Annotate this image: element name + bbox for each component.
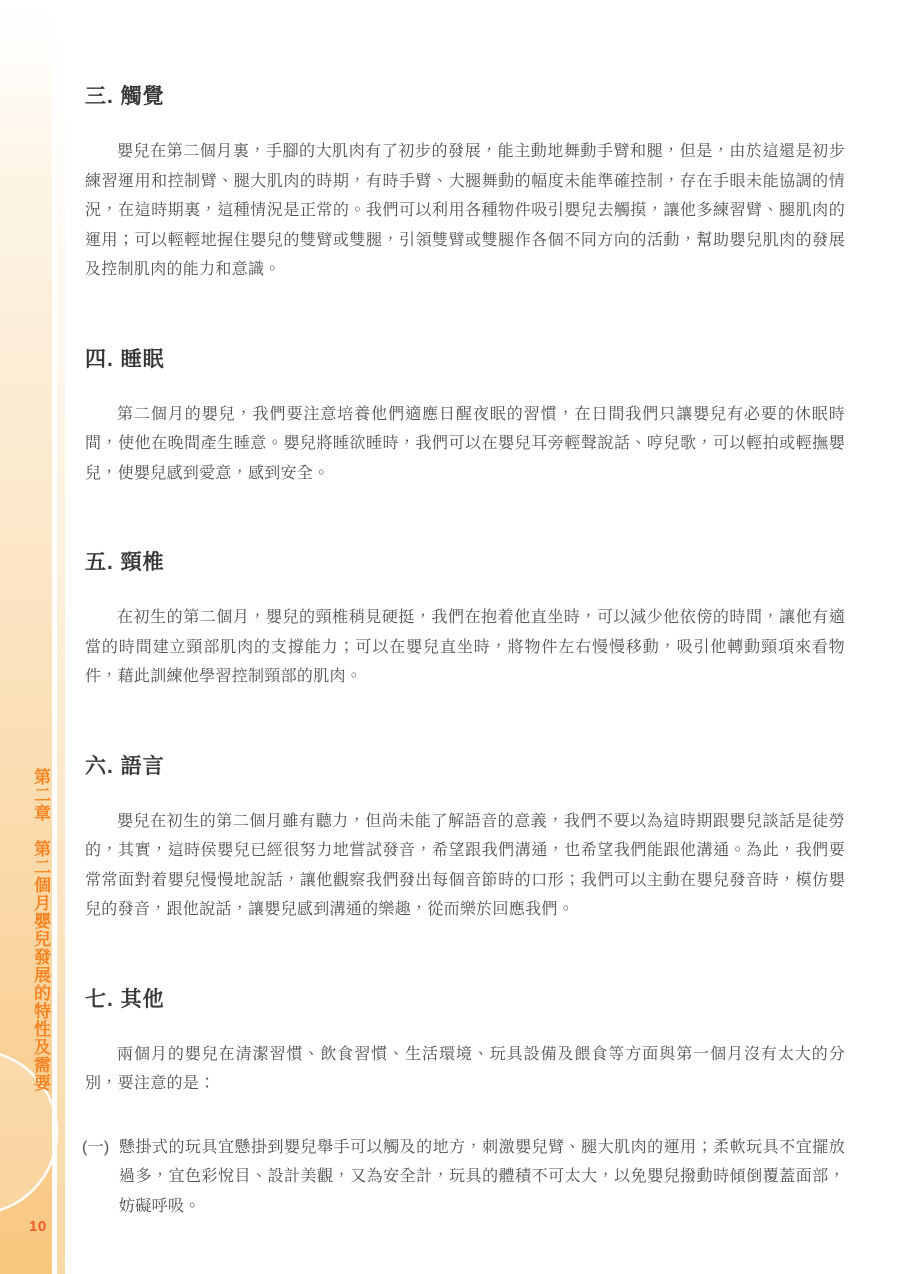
section-heading: 五. 頸椎 [85, 550, 845, 576]
document-section: 三. 觸覺 嬰兒在第二個月裏，手腳的大肌肉有了初步的發展，能主動地舞動手臂和腿，… [85, 84, 845, 285]
chapter-sidebar: 第二章 第二個月嬰兒發展的特性及需要 10 [0, 0, 65, 1274]
page-content: 三. 觸覺 嬰兒在第二個月裏，手腳的大肌肉有了初步的發展，能主動地舞動手臂和腿，… [85, 0, 845, 1221]
list-item-marker: (一) [82, 1133, 110, 1163]
chapter-tab-title: 第二章 第二個月嬰兒發展的特性及需要 [30, 768, 50, 1092]
section-paragraph: 在初生的第二個月，嬰兒的頸椎稍見硬挺，我們在抱着他直坐時，可以減少他依傍的時間，… [85, 603, 845, 692]
document-section: 六. 語言 嬰兒在初生的第二個月雖有聽力，但尚未能了解語音的意義，我們不要以為這… [85, 754, 845, 925]
numbered-list-item: (一)懸掛式的玩具宜懸掛到嬰兒舉手可以觸及的地方，刺激嬰兒臂、腿大肌肉的運用；柔… [85, 1133, 845, 1222]
page-number: 10 [29, 1218, 47, 1235]
section-paragraph: 兩個月的嬰兒在清潔習慣、飲食習慣、生活環境、玩具設備及餵食等方面與第一個月沒有太… [85, 1040, 845, 1099]
document-section: 七. 其他 兩個月的嬰兒在清潔習慣、飲食習慣、生活環境、玩具設備及餵食等方面與第… [85, 987, 845, 1222]
section-paragraph: 嬰兒在第二個月裏，手腳的大肌肉有了初步的發展，能主動地舞動手臂和腿，但是，由於這… [85, 137, 845, 285]
section-paragraph: 第二個月的嬰兒，我們要注意培養他們適應日醒夜眠的習慣，在日間我們只讓嬰兒有必要的… [85, 400, 845, 489]
list-item-text: 懸掛式的玩具宜懸掛到嬰兒舉手可以觸及的地方，刺激嬰兒臂、腿大肌肉的運用；柔軟玩具… [119, 1139, 845, 1215]
section-paragraph: 嬰兒在初生的第二個月雖有聽力，但尚未能了解語音的意義，我們不要以為這時期跟嬰兒談… [85, 807, 845, 925]
document-page: 第二章 第二個月嬰兒發展的特性及需要 10 三. 觸覺 嬰兒在第二個月裏，手腳的… [0, 0, 900, 1274]
section-heading: 六. 語言 [85, 754, 845, 780]
document-section: 四. 睡眠 第二個月的嬰兒，我們要注意培養他們適應日醒夜眠的習慣，在日間我們只讓… [85, 347, 845, 489]
section-heading: 七. 其他 [85, 987, 845, 1013]
section-heading: 四. 睡眠 [85, 347, 845, 373]
document-section: 五. 頸椎 在初生的第二個月，嬰兒的頸椎稍見硬挺，我們在抱着他直坐時，可以減少他… [85, 550, 845, 692]
section-heading: 三. 觸覺 [85, 84, 845, 110]
